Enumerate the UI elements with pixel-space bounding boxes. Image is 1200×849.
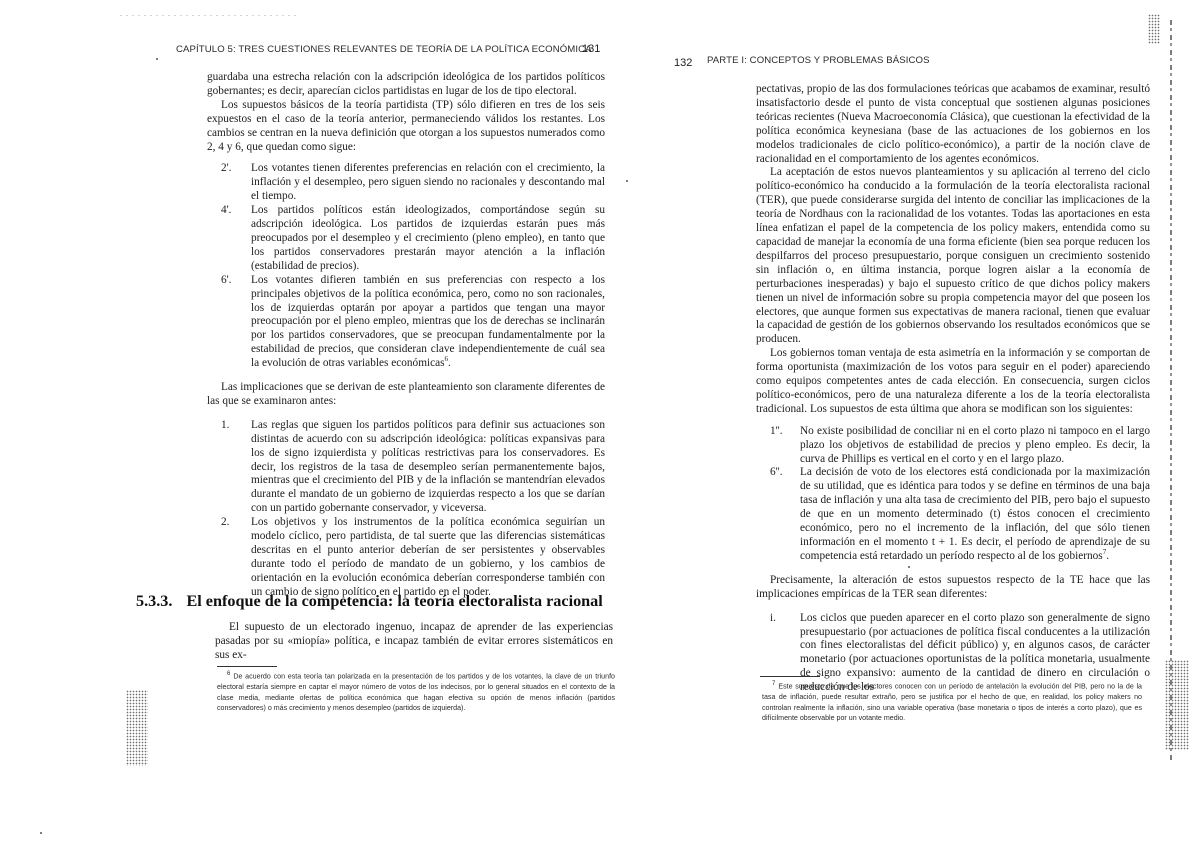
list-item-text: Los votantes tienen diferentes preferenc… (251, 162, 605, 202)
section-number: 5.3.3. (136, 592, 172, 610)
footnote-number: 6 (227, 671, 230, 677)
footnote-text: Este supuesto de que los electores conoc… (762, 682, 1142, 722)
list-item: 6'. Los votantes difieren también en sus… (223, 274, 605, 371)
section-title: El enfoque de la competencia: la teoría … (186, 592, 602, 610)
implication-list: 1. Las reglas que siguen los partidos po… (207, 419, 605, 600)
section-heading: 5.3.3. El enfoque de la competencia: la … (136, 592, 603, 611)
list-item: 1. Las reglas que siguen los partidos po… (223, 419, 605, 516)
footnote-number: 7 (772, 681, 775, 687)
running-head: PARTE I: CONCEPTOS Y PROBLEMAS BÁSICOS (707, 55, 930, 66)
footnote-ref[interactable]: 7 (1103, 548, 1107, 556)
paragraph: Precisamente, la alteración de estos sup… (756, 574, 1150, 602)
list-marker: 2'. (221, 162, 243, 176)
running-head: CAPÍTULO 5: TRES CUESTIONES RELEVANTES D… (176, 44, 592, 55)
footnote-text: De acuerdo con esta teoría tan polarizad… (217, 672, 615, 712)
paragraph: Las implicaciones que se derivan de este… (207, 381, 605, 409)
list-item-text: Las reglas que siguen los partidos polít… (251, 419, 605, 514)
list-marker: 2. (221, 516, 243, 530)
list-item-text: No existe posibilidad de conciliar ni en… (800, 425, 1150, 465)
assumption-list: 1''. No existe posibilidad de conciliar … (756, 425, 1150, 564)
footnote-divider (760, 676, 820, 677)
paragraph: El supuesto de un electorado ingenuo, in… (215, 620, 613, 662)
page-number: 131 (582, 43, 600, 55)
footnote: 7Este supuesto de que los electores cono… (762, 679, 1142, 724)
body-text: guardaba una estrecha relación con la ad… (207, 71, 605, 600)
paragraph: La aceptación de estos nuevos planteamie… (756, 166, 1150, 347)
assumption-list: 2'. Los votantes tienen diferentes prefe… (207, 162, 605, 371)
body-text: pectativas, propio de las dos formulacio… (756, 83, 1150, 695)
paragraph: guardaba una estrecha relación con la ad… (207, 71, 605, 99)
list-marker: 6'. (221, 274, 243, 288)
paragraph: Los supuestos básicos de la teoría parti… (207, 99, 605, 155)
list-item: 2. Los objetivos y los instrumentos de l… (223, 516, 605, 599)
paragraph: Los gobiernos toman ventaja de esta asim… (756, 347, 1150, 417)
page-number: 132 (674, 57, 692, 69)
footnote-ref[interactable]: 6 (445, 355, 449, 363)
list-marker: 1''. (770, 425, 792, 439)
list-marker: i. (770, 612, 792, 626)
list-marker: 4'. (221, 204, 243, 218)
list-item: 1''. No existe posibilidad de conciliar … (772, 425, 1150, 467)
right-page: 132 PARTE I: CONCEPTOS Y PROBLEMAS BÁSIC… (640, 0, 1200, 849)
footnote: 6De acuerdo con esta teoría tan polariza… (217, 669, 615, 714)
list-item-text: La decisión de voto de los electores est… (800, 466, 1150, 561)
list-item: 4'. Los partidos políticos están ideolog… (223, 204, 605, 274)
footnote-divider (217, 666, 277, 667)
list-item-text: Los votantes difieren también en sus pre… (251, 274, 605, 369)
section-body: El supuesto de un electorado ingenuo, in… (215, 620, 613, 662)
paragraph: pectativas, propio de las dos formulacio… (756, 83, 1150, 166)
list-item: 2'. Los votantes tienen diferentes prefe… (223, 162, 605, 204)
list-item-text: Los objetivos y los instrumentos de la p… (251, 516, 605, 598)
list-marker: 1. (221, 419, 243, 433)
list-item-text: Los partidos políticos están ideologizad… (251, 204, 605, 272)
left-page: CAPÍTULO 5: TRES CUESTIONES RELEVANTES D… (0, 0, 640, 849)
list-item: 6''. La decisión de voto de los electore… (772, 466, 1150, 563)
list-marker: 6''. (770, 466, 792, 480)
